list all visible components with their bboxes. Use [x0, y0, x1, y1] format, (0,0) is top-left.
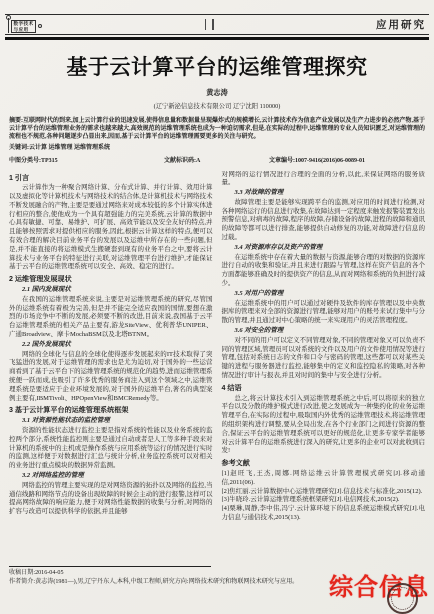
article-body: 1 引言云计算作为一种聚合网络计算、分布式计算、并行计算、效用计算以及虚拟化等计… [9, 171, 425, 563]
keywords-text: 云计算 运维管理 运维管理系统 [29, 145, 110, 151]
subsection-heading: 3.1 对资源性能状态的监控管理 [9, 417, 213, 426]
stamp-icon [387, 583, 418, 614]
paragraph: 对不同的用户可以定义不同管理对象,不同的管理对象又可以负责不同的管理区域,管理员… [222, 337, 426, 381]
paragraph: 对网络的运行情况进行合理的全面的分析,以此,来保证网络的服务质量。 [222, 171, 426, 189]
subsection-heading: 2.2 国外发展现状 [9, 341, 213, 350]
paragraph: 故障管理主要是能够实现跨平台的监测,对应用的时间进行检测,对各种网络运行的信息进… [222, 199, 426, 243]
column-right: 对网络的运行情况进行合理的全面的分析,以此,来保证网络的服务质量。3.3 对故障… [222, 171, 426, 563]
keywords-label: 关键词: [9, 145, 29, 151]
logo-text-line2: 与应用 [14, 27, 34, 32]
clc-number: 中图分类号:TP315 [9, 155, 164, 164]
journal-page: 数字技术 与应用 应用研究 基于云计算平台的运维管理探究 黄志涛 (辽宁新泌信息… [0, 0, 434, 614]
paragraph: 资源的性能状态进行监控主要是指对系统的性能以及业务系统的监控两个部分,系统性能监… [9, 427, 213, 471]
reference-item: [4]栗琳,周静,李中伟,冯宁.云计算环境下的信息系统运维模式研究[J].电力信… [222, 505, 426, 523]
abstract-label: 摘要: [9, 118, 23, 124]
header-tick-marks-icon [205, 19, 214, 30]
author-affiliation: (辽宁新泌信息技术有限公司 辽宁沈阳 110000) [0, 101, 434, 110]
page-header: 数字技术 与应用 应用研究 [5, 14, 429, 35]
subsection-heading: 3.5 对用户的管理 [222, 290, 426, 299]
subsection-heading: 3.2 对网络监控的管理 [9, 472, 213, 481]
subsection-heading: 3.4 对资源库存以及资产的管理 [222, 244, 426, 253]
keywords-line: 关键词:云计算 运维管理 运维管理系统 [9, 142, 425, 151]
references-heading: 参考文献 [222, 459, 426, 468]
logo-dot-icon [38, 24, 43, 29]
subsection-heading: 2.1 国内发展现状 [9, 286, 213, 295]
article-title: 基于云计算平台的运维管理探究 [10, 51, 424, 81]
paragraph: 总之,将云计算技术引入到运维管理系统之中后,可以将原来的独立平台以及分散的维护模… [222, 395, 426, 457]
section-heading: 1 引言 [9, 174, 213, 183]
section-heading: 2 运维管理发展现状 [9, 275, 213, 284]
logo-mark-icon [8, 18, 9, 33]
paragraph: 在运维系统中的用户可以通过对硬件及软件的库存管理以及中央数据库的管理来对全部的资… [222, 300, 426, 326]
abstract: 摘要:互联网时代的到来,加上云计算行业的迅速发展,使得信息量和数据量呈现爆炸式的… [9, 117, 425, 141]
article-number: 文章编号:1007-9416(2016)06-0089-01 [269, 155, 365, 164]
paragraph: 云计算作为一种聚合网络计算、分布式计算、并行计算、效用计算以及虚拟化等计算机技术… [9, 184, 213, 272]
column-left: 1 引言云计算作为一种聚合网络计算、分布式计算、并行计算、效用计算以及虚拟化等计… [9, 171, 213, 563]
section-heading: 3 基于云计算平台的运维管理系统框架 [9, 406, 213, 415]
column-section-label: 应用研究 [376, 17, 426, 32]
logo-text: 数字技术 与应用 [11, 20, 36, 34]
footnote-rule [9, 566, 211, 567]
subsection-heading: 3.6 对安全的管理 [222, 327, 426, 336]
reference-item: [1]赵旺飞,王杰,周娜.网络运维云计算管理模式研究[J].移动通信,2011(… [222, 470, 426, 488]
paragraph: 在我国的运维管理系统来说,主要是对运维管理系统的研究,尽管国外的运维系统有着极为… [9, 296, 213, 340]
paragraph: 网络监控的管理主要实现的是对网络资源的拓扑以及网络的监控,当通信线路和网络节点的… [9, 482, 213, 517]
paragraph: 在运维系统中存在着大量的数据与资源,能够合理的对数据的资源库进行自动的收集和验证… [222, 254, 426, 289]
author-name: 黄志涛 [0, 88, 434, 98]
reference-item: [3]牛晓玲.云计算运维管理系统框架研究[J].电信网技术,2015(2). [222, 496, 426, 505]
paragraph: 网络的全球化与信息的全球化使得逐步发展起来的IT技术取得了突飞猛进的发展,对于运… [9, 351, 213, 404]
article-meta: 中图分类号:TP315 文献标识码:A 文章编号:1007-9416(2016)… [9, 155, 425, 164]
journal-logo: 数字技术 与应用 [8, 17, 42, 32]
header-thick-rule [5, 37, 429, 40]
document-code: 文献标识码:A [164, 155, 269, 164]
abstract-text: 互联网时代的到来,加上云计算行业的迅速发展,使得信息量和数据量呈现爆炸式的规模增… [9, 118, 425, 140]
subsection-heading: 3.3 对故障的管理 [222, 189, 426, 198]
section-heading: 4 结语 [222, 384, 426, 393]
